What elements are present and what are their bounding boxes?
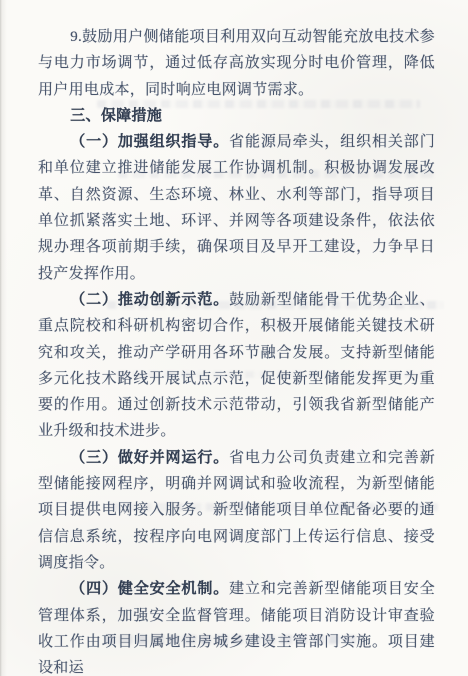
- paragraph-body: 鼓励新型储能骨干优势企业、重点院校和科研机构密切合作，积极开展储能关键技术研究和…: [38, 292, 435, 439]
- paragraph-lead: （一）加强组织指导。: [70, 134, 229, 150]
- paragraph-measure-1: （一）加强组织指导。省能源局牵头，组织相关部门和单位建立推进储能发展工作协调机制…: [38, 129, 435, 287]
- section-heading: 三、保障措施: [38, 103, 435, 129]
- paragraph-body: 省电力公司负责建立和完善新型储能接网程序，明确并网调试和验收流程，为新型储能项目…: [38, 450, 435, 571]
- document-page: 9.鼓励用户侧储能项目利用双向互动智能充放电技术参与电力市场调节，通过低存高放实…: [0, 0, 468, 676]
- paragraph-body: 省能源局牵头，组织相关部门和单位建立推进储能发展工作协调机制。积极协调发展改革、…: [38, 134, 435, 281]
- paragraph-lead: （二）推动创新示范。: [70, 292, 229, 308]
- paragraph-measure-3: （三）做好并网运行。省电力公司负责建立和完善新型储能接网程序，明确并网调试和验收…: [38, 445, 435, 576]
- paragraph-lead: （三）做好并网运行。: [70, 450, 229, 466]
- paragraph-lead: （四）健全安全机制。: [70, 581, 229, 597]
- paragraph-measure-4: （四）健全安全机制。建立和完善新型储能项目安全管理体系，加强安全监督管理。储能项…: [38, 576, 435, 676]
- document-text: 9.鼓励用户侧储能项目利用双向互动智能充放电技术参与电力市场调节，通过低存高放实…: [38, 24, 435, 676]
- paragraph-intro: 9.鼓励用户侧储能项目利用双向互动智能充放电技术参与电力市场调节，通过低存高放实…: [38, 24, 435, 103]
- paragraph-measure-2: （二）推动创新示范。鼓励新型储能骨干优势企业、重点院校和科研机构密切合作，积极开…: [38, 287, 435, 445]
